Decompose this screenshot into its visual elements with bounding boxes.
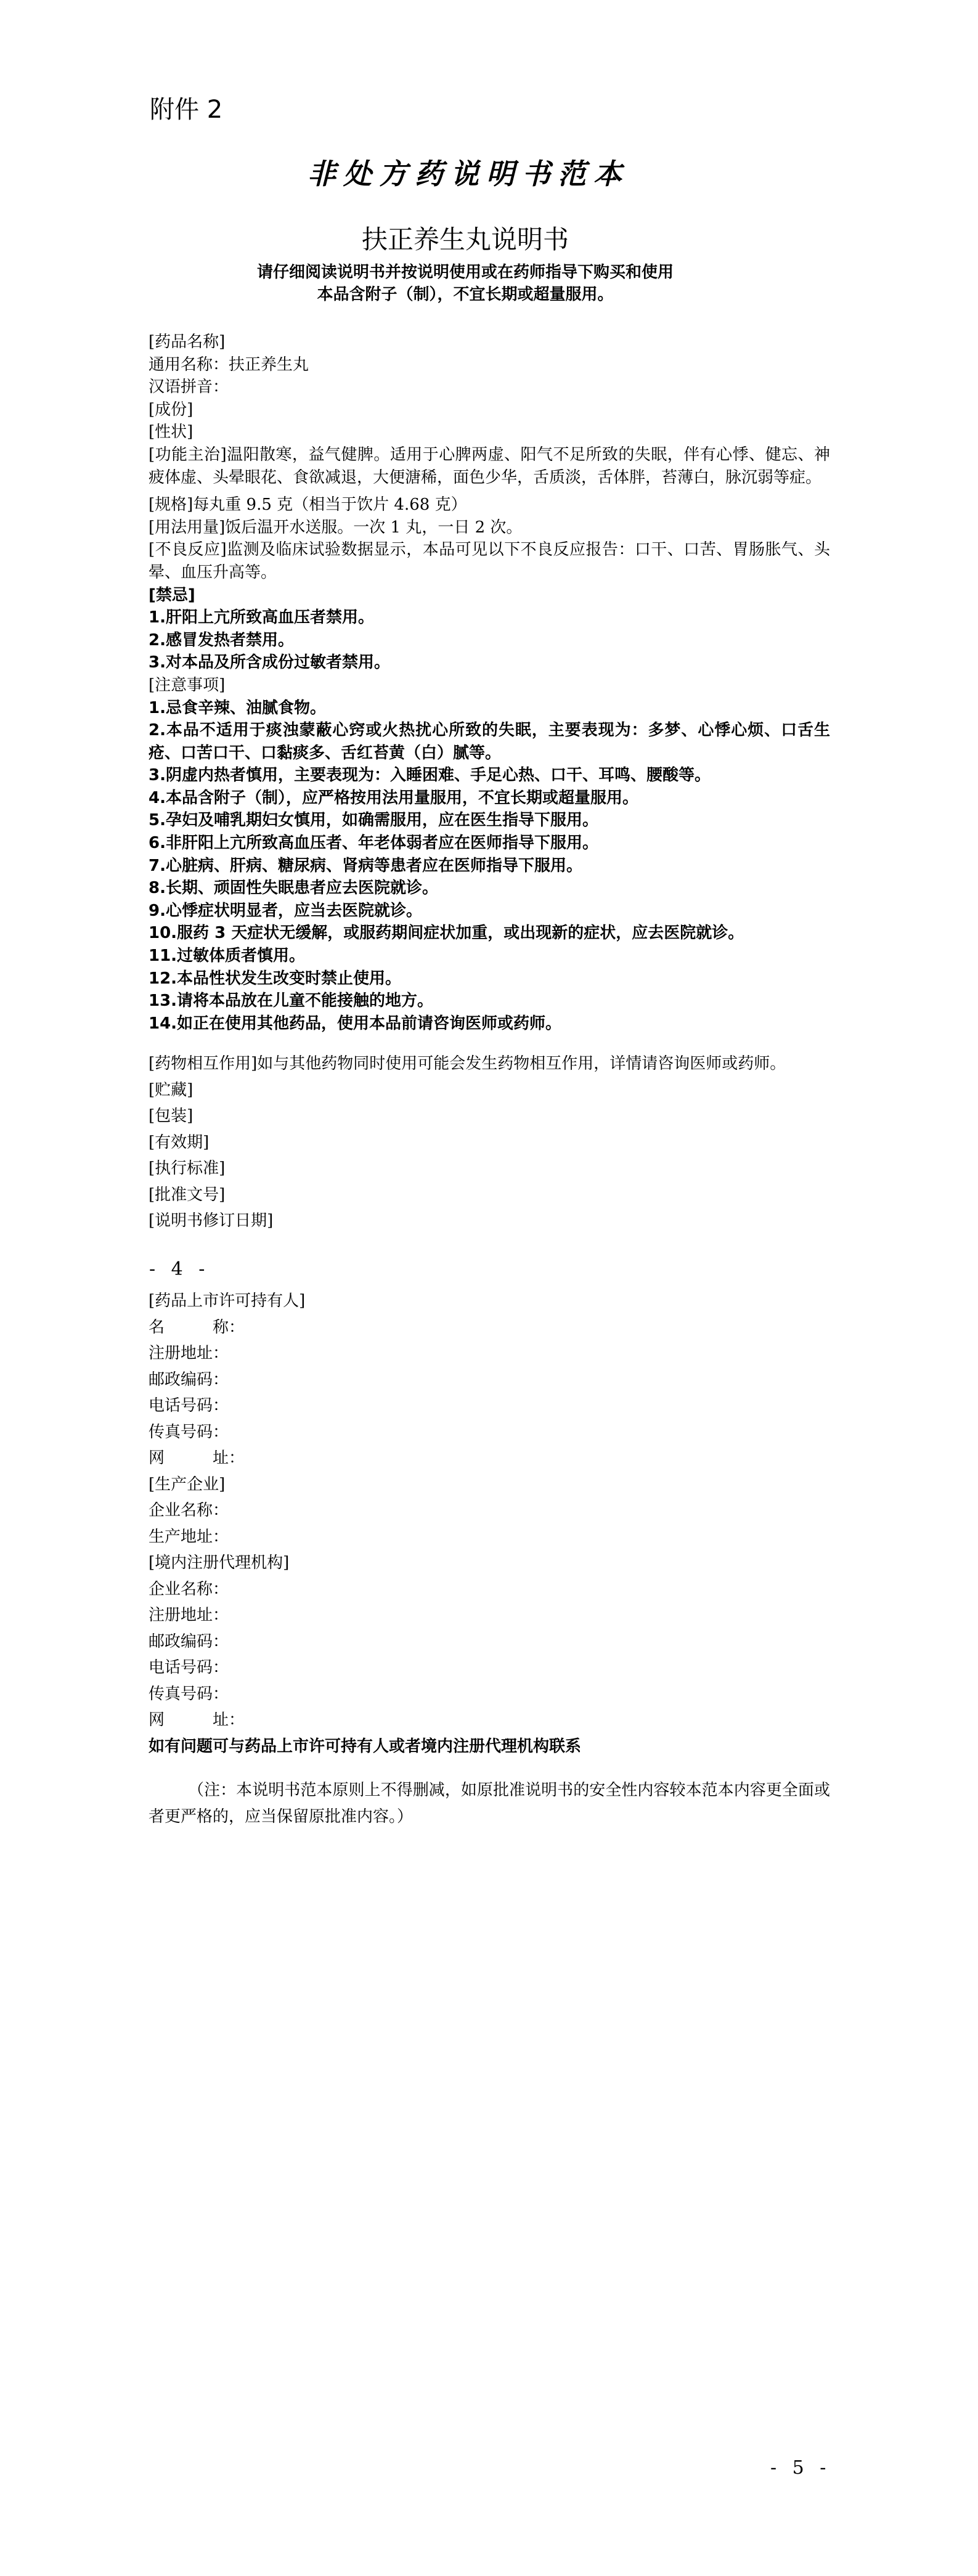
adverse-reactions-paragraph: [不良反应]监测及临床试验数据显示，本品可见以下不良反应报告：口干、口苦、胃肠胀… xyxy=(149,539,830,584)
agent-postcode-label: 邮政编码： xyxy=(149,1629,830,1655)
agent-fax-label: 传真号码： xyxy=(149,1681,830,1708)
precaution-item: 14.如正在使用其他药品，使用本品前请咨询医师或药师。 xyxy=(149,1013,830,1035)
specification-paragraph: [规格]每丸重 9.5 克（相当于饮片 4.68 克） xyxy=(149,494,830,516)
section-heading-precautions: [注意事项] xyxy=(149,674,830,697)
section-heading-contraindications: [禁忌] xyxy=(149,584,830,607)
drug-title: 扶正养生丸说明书 xyxy=(148,223,783,256)
section-heading-standard: [执行标准] xyxy=(149,1156,830,1182)
leaflet-body-part2: [药物相互作用]如与其他药物同时使用可能会发生药物相互作用，详情请咨询医师或药师… xyxy=(149,1051,830,1234)
contraindication-item: 2.感冒发热者禁用。 xyxy=(149,629,830,652)
contact-note: 如有问题可与药品上市许可持有人或者境内注册代理机构联系 xyxy=(149,1734,830,1760)
attachment-label: 附件 2 xyxy=(150,94,222,126)
section-heading-ingredients: [成份] xyxy=(149,399,830,422)
section-heading-packaging: [包装] xyxy=(149,1103,830,1130)
page-number-5: - 5 - xyxy=(770,2456,831,2480)
agent-address-label: 注册地址： xyxy=(149,1602,830,1629)
pinyin-name: 汉语拼音： xyxy=(149,376,830,399)
precaution-item: 13.请将本品放在儿童不能接触的地方。 xyxy=(149,990,830,1013)
leaflet-body-part1: [药品名称] 通用名称：扶正养生丸 汉语拼音： [成份] [性状] [功能主治]… xyxy=(149,331,830,1035)
holder-name-label: 名称： xyxy=(149,1314,830,1341)
section-heading-drug-name: [药品名称] xyxy=(149,331,830,354)
agent-name-label: 企业名称： xyxy=(149,1576,830,1603)
precaution-item: 12.本品性状发生改变时禁止使用。 xyxy=(149,968,830,990)
section-heading-appearance: [性状] xyxy=(149,421,830,444)
reading-instruction: 请仔细阅读说明书并按说明使用或在药师指导下购买和使用 xyxy=(148,261,783,283)
contraindication-item: 1.肝阳上亢所致高血压者禁用。 xyxy=(149,606,830,629)
contact-info-block: [药品上市许可持有人] 名称： 注册地址： 邮政编码： 电话号码： 传真号码： … xyxy=(149,1288,830,1759)
holder-fax-label: 传真号码： xyxy=(149,1419,830,1446)
precaution-item: 6.非肝阳上亢所致高血压者、年老体弱者应在医师指导下服用。 xyxy=(149,832,830,855)
section-heading-agent: [境内注册代理机构] xyxy=(149,1550,830,1576)
precaution-item: 2.本品不适用于痰浊蒙蔽心窍或火热扰心所致的失眠，主要表现为：多梦、心悸心烦、口… xyxy=(149,719,830,764)
generic-name: 通用名称：扶正养生丸 xyxy=(149,354,830,377)
section-heading-manufacturer: [生产企业] xyxy=(149,1472,830,1498)
section-heading-approval-number: [批准文号] xyxy=(149,1182,830,1209)
document-title: 非处方药说明书范本 xyxy=(148,155,789,192)
holder-phone-label: 电话号码： xyxy=(149,1393,830,1419)
precaution-item: 5.孕妇及哺乳期妇女慎用，如确需服用，应在医生指导下服用。 xyxy=(149,809,830,832)
agent-website-label: 网址： xyxy=(149,1707,830,1734)
precaution-item: 4.本品含附子（制），应严格按用法用量服用，不宜长期或超量服用。 xyxy=(149,787,830,810)
template-footnote: （注：本说明书范本原则上不得删减，如原批准说明书的安全性内容较本范本内容更全面或… xyxy=(149,1777,830,1830)
agent-phone-label: 电话号码： xyxy=(149,1655,830,1681)
manufacturer-address-label: 生产地址： xyxy=(149,1524,830,1551)
holder-postcode-label: 邮政编码： xyxy=(149,1367,830,1393)
section-heading-storage: [贮藏] xyxy=(149,1077,830,1104)
precaution-item: 1.忌食辛辣、油腻食物。 xyxy=(149,697,830,720)
precaution-item: 11.过敏体质者慎用。 xyxy=(149,945,830,968)
holder-website-label: 网址： xyxy=(149,1445,830,1472)
precaution-item: 3.阴虚内热者慎用，主要表现为：入睡困难、手足心热、口干、耳鸣、腰酸等。 xyxy=(149,764,830,787)
contraindication-item: 3.对本品及所含成份过敏者禁用。 xyxy=(149,651,830,674)
page-number-4: - 4 - xyxy=(149,1257,210,1282)
section-heading-holder: [药品上市许可持有人] xyxy=(149,1288,830,1314)
precaution-item: 10.服药 3 天症状无缓解，或服药期间症状加重，或出现新的症状，应去医院就诊。 xyxy=(149,922,830,945)
indications-paragraph: [功能主治]温阳散寒，益气健脾。适用于心脾两虚、阳气不足所致的失眠，伴有心悸、健… xyxy=(149,444,830,489)
aconite-warning: 本品含附子（制），不宜长期或超量服用。 xyxy=(148,283,783,306)
section-heading-revision-date: [说明书修订日期] xyxy=(149,1208,830,1234)
manufacturer-name-label: 企业名称： xyxy=(149,1498,830,1524)
precaution-item: 8.长期、顽固性失眠患者应去医院就诊。 xyxy=(149,877,830,900)
precaution-item: 9.心悸症状明显者，应当去医院就诊。 xyxy=(149,900,830,923)
holder-address-label: 注册地址： xyxy=(149,1340,830,1367)
interactions-paragraph: [药物相互作用]如与其他药物同时使用可能会发生药物相互作用，详情请咨询医师或药师… xyxy=(149,1051,830,1077)
precaution-item: 7.心脏病、肝病、糖尿病、肾病等患者应在医师指导下服用。 xyxy=(149,855,830,878)
section-heading-expiry: [有效期] xyxy=(149,1130,830,1156)
dosage-paragraph: [用法用量]饭后温开水送服。一次 1 丸，一日 2 次。 xyxy=(149,516,830,539)
